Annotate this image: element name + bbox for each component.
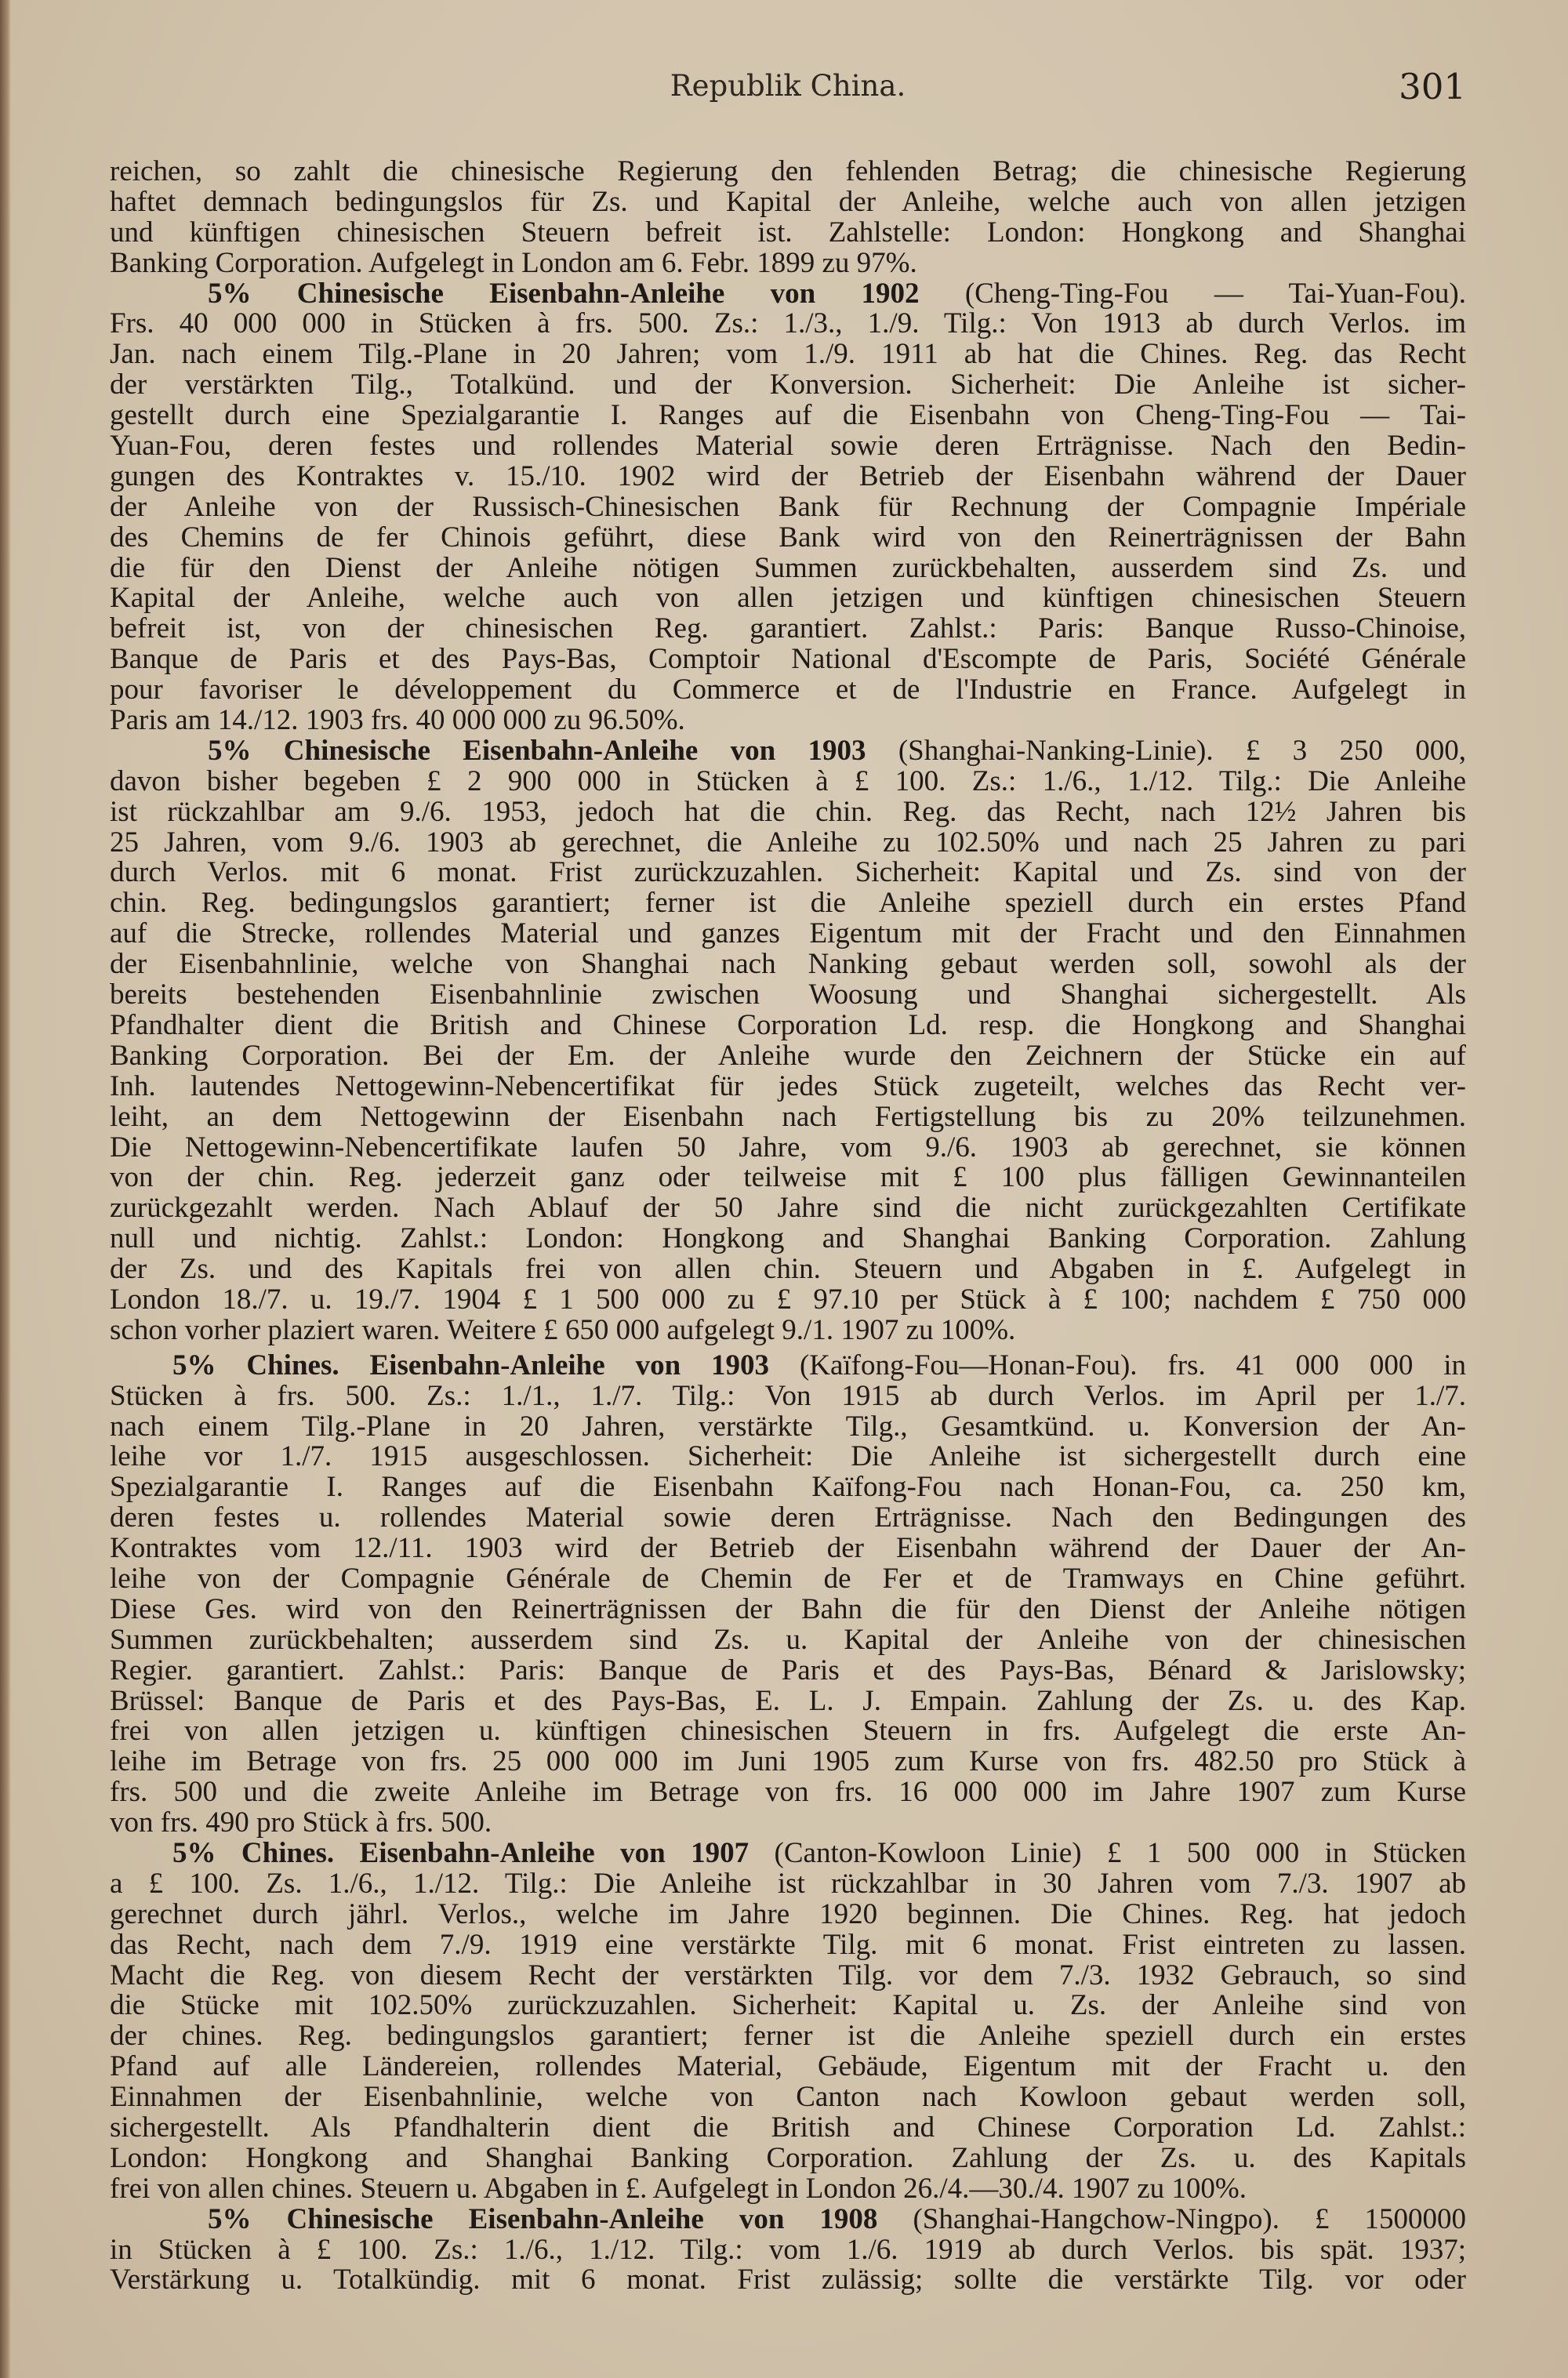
page-number: 301 [1399, 66, 1466, 107]
text-line: der Zs. und des Kapitals frei von allen … [110, 1254, 1466, 1285]
text-line: zurückgezahlt werden. Nach Ablauf der 50… [110, 1193, 1466, 1224]
text-line: des Chemins de fer Chinois geführt, dies… [110, 523, 1466, 554]
text-line: die Stücke mit 102.50% zurückzuzahlen. S… [110, 1991, 1466, 2021]
text-line: frs. 500 und die zweite Anleihe im Betra… [110, 1777, 1466, 1808]
paragraph-loan-1902: 5% Chinesische Eisenbahn-Anleihe von 190… [110, 279, 1466, 736]
text-line: Banking Corporation. Bei der Em. der Anl… [110, 1041, 1466, 1072]
text-line: der chines. Reg. bedingungslos garantier… [110, 2021, 1466, 2052]
text-line: das Recht, nach dem 7./9. 1919 eine vers… [110, 1930, 1466, 1961]
text-line: die für den Dienst der Anleihe nötigen S… [110, 554, 1466, 584]
entry-heading-detail: (Shanghai-Nanking-Linie). £ 3 250 000, [898, 736, 1466, 767]
text-line: von der chin. Reg. jederzeit ganz oder t… [110, 1163, 1466, 1193]
text-line: ist rückzahlbar am 9./6. 1953, jedoch ha… [110, 797, 1466, 828]
text-line: von frs. 490 pro Stück à frs. 500. [110, 1808, 1466, 1839]
text-line: null und nichtig. Zahlst.: London: Hongk… [110, 1224, 1466, 1254]
text-line: chin. Reg. bedingungslos garantiert; fer… [110, 888, 1466, 919]
text-line: Banque de Paris et des Pays-Bas, Comptoi… [110, 644, 1466, 675]
entry-heading: 5% Chinesische Eisenbahn-Anleihe von 190… [208, 2205, 877, 2235]
paragraph-loan-1908-shanghai-hangchow-ningpo: 5% Chinesische Eisenbahn-Anleihe von 190… [110, 2205, 1466, 2296]
text-line: frei von allen jetzigen u. künftigen chi… [110, 1716, 1466, 1747]
entry-heading-detail: (Kaïfong-Fou—Honan-Fou). frs. 41 000 000… [800, 1351, 1466, 1381]
entry-heading-line: 5% Chinesische Eisenbahn-Anleihe von 190… [110, 736, 1466, 767]
text-line: nach einem Tilg.-Plane in 20 Jahren, ver… [110, 1412, 1466, 1443]
paragraph-loan-1903-kaifong-honan: 5% Chines. Eisenbahn-Anleihe von 1903 (K… [110, 1351, 1466, 1839]
text-line: Summen zurückbehalten; ausserdem sind Zs… [110, 1625, 1466, 1656]
page-header: Republik China. 301 [110, 69, 1466, 116]
text-line: der Anleihe von der Russisch-Chinesische… [110, 492, 1466, 523]
text-line: leihe vor 1./7. 1915 ausgeschlossen. Sic… [110, 1442, 1466, 1472]
entry-heading-line: 5% Chinesische Eisenbahn-Anleihe von 190… [110, 2205, 1466, 2235]
text-line: Diese Ges. wird von den Reinerträgnissen… [110, 1595, 1466, 1625]
text-line: leihe im Betrage von frs. 25 000 000 im … [110, 1747, 1466, 1777]
text-line: in Stücken à £ 100. Zs.: 1./6., 1./12. T… [110, 2235, 1466, 2266]
entry-heading-line: 5% Chinesische Eisenbahn-Anleihe von 190… [110, 279, 1466, 310]
text-line: Einnahmen der Eisenbahnlinie, welche von… [110, 2082, 1466, 2113]
entry-heading: 5% Chines. Eisenbahn-Anleihe von 1903 [172, 1351, 769, 1381]
body-text: reichen, so zahlt die chinesische Regier… [110, 157, 1466, 2296]
text-line: London: Hongkong and Shanghai Banking Co… [110, 2144, 1466, 2174]
scanned-book-page: Republik China. 301 reichen, so zahlt di… [0, 0, 1568, 2378]
text-line: Pfandhalter dient die British and Chines… [110, 1011, 1466, 1041]
text-line: London 18./7. u. 19./7. 1904 £ 1 500 000… [110, 1285, 1466, 1316]
text-line: Brüssel: Banque de Paris et des Pays-Bas… [110, 1686, 1466, 1717]
text-line: der Eisenbahnlinie, welche von Shanghai … [110, 949, 1466, 980]
text-line: Spezialgarantie I. Ranges auf die Eisenb… [110, 1472, 1466, 1503]
text-line: 25 Jahren, vom 9./6. 1903 ab gerechnet, … [110, 828, 1466, 859]
text-line: durch Verlos. mit 6 monat. Frist zurückz… [110, 858, 1466, 888]
text-line: Paris am 14./12. 1903 frs. 40 000 000 zu… [110, 706, 1466, 736]
text-line: Jan. nach einem Tilg.-Plane in 20 Jahren… [110, 339, 1466, 370]
text-line: reichen, so zahlt die chinesische Regier… [110, 157, 1466, 187]
text-line: Inh. lautendes Nettogewinn-Nebencertifik… [110, 1072, 1466, 1102]
text-line: Yuan-Fou, deren festes und rollendes Mat… [110, 431, 1466, 462]
text-line: sichergestellt. Als Pfandhalterin dient … [110, 2113, 1466, 2144]
text-line: Macht die Reg. von diesem Recht der vers… [110, 1961, 1466, 1991]
text-line: bereits bestehenden Eisenbahnlinie zwisc… [110, 980, 1466, 1011]
entry-heading-line: 5% Chines. Eisenbahn-Anleihe von 1907 (C… [110, 1839, 1466, 1869]
text-line: Regier. garantiert. Zahlst.: Paris: Banq… [110, 1656, 1466, 1686]
entry-heading-line: 5% Chines. Eisenbahn-Anleihe von 1903 (K… [110, 1351, 1466, 1381]
paragraph-continuation: reichen, so zahlt die chinesische Regier… [110, 157, 1466, 279]
text-line: Verstärkung u. Totalkündig. mit 6 monat.… [110, 2265, 1466, 2296]
text-line: Pfand auf alle Ländereien, rollendes Mat… [110, 2052, 1466, 2082]
text-line: Die Nettogewinn-Nebencertifikate laufen … [110, 1133, 1466, 1164]
text-line: deren festes u. rollendes Material sowie… [110, 1503, 1466, 1534]
entry-heading-detail: (Cheng-Ting-Fou — Tai-Yuan-Fou). [965, 279, 1466, 310]
entry-heading: 5% Chinesische Eisenbahn-Anleihe von 190… [208, 736, 866, 767]
text-line: befreit ist, von der chinesischen Reg. g… [110, 614, 1466, 644]
text-line: gerechnet durch jährl. Verlos., welche i… [110, 1900, 1466, 1930]
paragraph-loan-1907-canton-kowloon: 5% Chines. Eisenbahn-Anleihe von 1907 (C… [110, 1839, 1466, 2205]
entry-heading: 5% Chinesische Eisenbahn-Anleihe von 190… [208, 279, 920, 310]
book-spine-edge [0, 0, 11, 2378]
entry-heading-detail: (Shanghai-Hangchow-Ningpo). £ 1500000 [913, 2205, 1466, 2235]
text-line: Banking Corporation. Aufgelegt in London… [110, 249, 1466, 279]
text-line: davon bisher begeben £ 2 900 000 in Stüc… [110, 767, 1466, 797]
text-line: Kontraktes vom 12./11. 1903 wird der Bet… [110, 1534, 1466, 1564]
text-line: schon vorher plaziert waren. Weitere £ 6… [110, 1316, 1466, 1346]
paragraph-loan-1903-shanghai-nanking: 5% Chinesische Eisenbahn-Anleihe von 190… [110, 736, 1466, 1346]
text-line: a £ 100. Zs. 1./6., 1./12. Tilg.: Die An… [110, 1869, 1466, 1900]
text-line: auf die Strecke, rollendes Material und … [110, 919, 1466, 949]
text-line: Stücken à frs. 500. Zs.: 1./1., 1./7. Ti… [110, 1381, 1466, 1412]
entry-heading-detail: (Canton-Kowloon Linie) £ 1 500 000 in St… [775, 1839, 1466, 1869]
entry-heading: 5% Chines. Eisenbahn-Anleihe von 1907 [172, 1839, 749, 1869]
text-line: frei von allen chines. Steuern u. Abgabe… [110, 2174, 1466, 2205]
text-line: pour favoriser le développement du Comme… [110, 675, 1466, 706]
text-line: gestellt durch eine Spezialgarantie I. R… [110, 401, 1466, 431]
text-line: leiht, an dem Nettogewinn der Eisenbahn … [110, 1102, 1466, 1133]
text-line: und künftigen chinesischen Steuern befre… [110, 218, 1466, 249]
text-line: haftet demnach bedingungslos für Zs. und… [110, 187, 1466, 218]
text-line: Frs. 40 000 000 in Stücken à frs. 500. Z… [110, 309, 1466, 339]
text-line: Kapital der Anleihe, welche auch von all… [110, 583, 1466, 614]
text-line: gungen des Kontraktes v. 15./10. 1902 wi… [110, 462, 1466, 492]
running-title: Republik China. [110, 69, 1466, 103]
text-line: leihe von der Compagnie Générale de Chem… [110, 1564, 1466, 1595]
text-line: der verstärkten Tilg., Totalkünd. und de… [110, 370, 1466, 401]
